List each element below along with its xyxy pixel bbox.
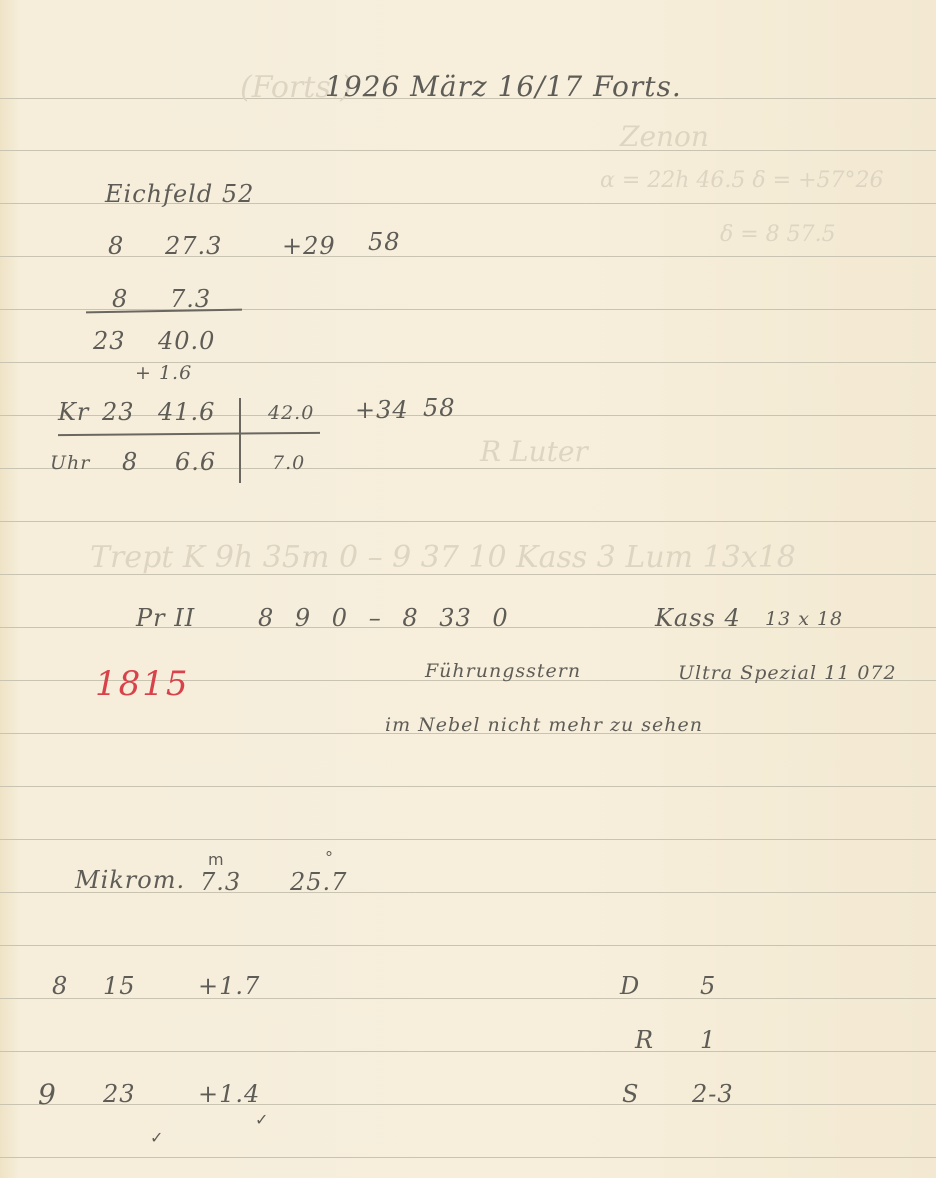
ruled-line [0, 1157, 936, 1158]
ruled-line [0, 1051, 936, 1052]
bleed-through-alpha: α = 22h 46.5 δ = +57°26 [600, 168, 884, 193]
micrometer-degrees: 25.7 [290, 868, 347, 896]
bleed-through-delta: δ = 8 57.5 [720, 222, 836, 247]
observation-note: im Nebel nicht mehr zu sehen [385, 714, 703, 736]
bleed-through-title: Zenon [620, 120, 709, 153]
kr-decl-min: 58 [423, 394, 456, 422]
kr-underline [58, 432, 320, 436]
ruled-line [0, 521, 936, 522]
condition-key-d: D [620, 972, 640, 1000]
ruled-line [0, 945, 936, 946]
ruled-line [0, 256, 936, 257]
guide-star-label: Führungsstern [425, 660, 581, 682]
ruled-line [0, 1104, 936, 1105]
ruled-line [0, 839, 936, 840]
kr-hour: 23 [102, 398, 135, 426]
degrees-unit: ° [325, 848, 333, 867]
plate-number: 1815 [95, 664, 190, 704]
date-heading: 1926 März 16/17 Forts. [325, 70, 682, 103]
ruled-line [0, 468, 936, 469]
sum-hour: 23 [93, 327, 126, 355]
ruled-line [0, 415, 936, 416]
bleed-through-lower: Trept K 9h 35m 0 – 9 37 10 Kass 3 Lum 13… [90, 540, 796, 575]
condition-value-r: 1 [700, 1026, 716, 1054]
minutes-unit: m [208, 850, 224, 869]
condition-key-s: S [622, 1080, 639, 1108]
reading1-min: 15 [103, 972, 136, 1000]
micrometer-minutes: 7.3 [200, 868, 241, 896]
correction: + 1.6 [135, 362, 192, 384]
bleed-through-mid: R Luter [480, 435, 588, 468]
condition-value-s: 2-3 [692, 1080, 734, 1108]
logbook-page: (Forts.) Zenon α = 22h 46.5 δ = +57°26 δ… [0, 0, 936, 1178]
condition-key-r: R [635, 1026, 654, 1054]
column-divider [239, 398, 241, 483]
cassette: Kass 4 [655, 604, 741, 632]
reading1-corr: +1.7 [198, 972, 260, 1000]
checkmark-icon: ✓ [255, 1110, 268, 1129]
uhr-hour: 8 [122, 448, 138, 476]
uhr-alt: 7.0 [272, 452, 305, 474]
reading2-hour: 9 [38, 1078, 57, 1111]
uhr-min: 6.6 [175, 448, 216, 476]
row1-min: 27.3 [165, 232, 222, 260]
calibration-label: Eichfeld 52 [105, 180, 254, 208]
sum-min: 40.0 [158, 327, 215, 355]
reading1-hour: 8 [52, 972, 68, 1000]
row1-decl-min: 58 [368, 228, 401, 256]
ruled-line [0, 998, 936, 999]
instrument: Pr II [136, 604, 195, 632]
micrometer-label: Mikrom. [75, 866, 185, 894]
checkmark-icon: ✓ [150, 1128, 163, 1147]
row1-decl: +29 [282, 232, 336, 260]
kr-alt: 42.0 [268, 402, 314, 424]
kr-min: 41.6 [158, 398, 215, 426]
reading2-min: 23 [103, 1080, 136, 1108]
kr-label: Kr [58, 398, 89, 426]
kr-decl: +34 [355, 396, 409, 424]
condition-value-d: 5 [700, 972, 716, 1000]
row1-hour: 8 [108, 232, 124, 260]
reading2-corr: +1.4 [198, 1080, 260, 1108]
row2-hour: 8 [112, 285, 128, 313]
plate-size: 13 x 18 [765, 608, 843, 630]
ruled-line [0, 786, 936, 787]
uhr-label: Uhr [50, 452, 90, 474]
exposure-time-range: 8 9 0 – 8 33 0 [258, 604, 509, 632]
ruled-line [0, 150, 936, 151]
plate-type: Ultra Spezial 11 072 [678, 662, 897, 684]
